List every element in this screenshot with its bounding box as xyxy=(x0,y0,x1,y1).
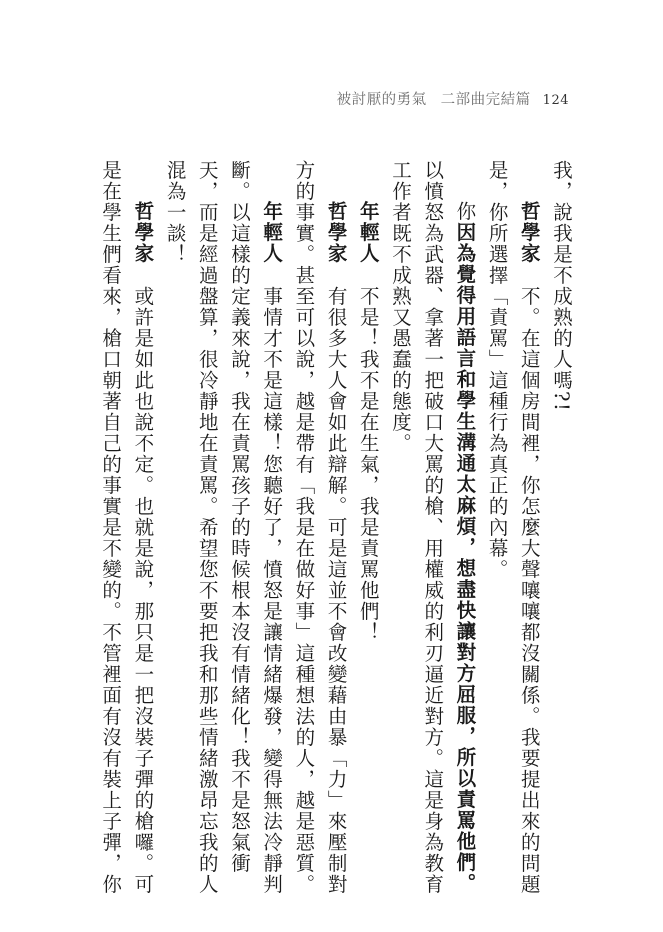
book-title: 被討厭的勇氣 xyxy=(337,92,427,108)
speaker-label: 哲學家 xyxy=(518,201,541,264)
dialogue-text: 不。在這個房間裡，你怎麼大聲嚷嚷都沒關係。我要提出來的問題 xyxy=(518,286,541,895)
paragraph-line: 天，而是經過盤算，很冷靜地在責罵。希望您不要把我和那些情緒激昂忘我的人 xyxy=(191,160,223,824)
dialogue-line: 年輕人事情才不是這樣！您聽好了，憤怒是讓情緒爆發，變得無法冷靜判 xyxy=(255,160,287,824)
running-header: 被討厭的勇氣二部曲完結篇124 xyxy=(337,88,569,109)
paragraph-line: 工作者既不成熟又愚蠢的態度。 xyxy=(384,160,416,824)
dialogue-text: 事情才不是這樣！您聽好了，憤怒是讓情緒爆發，變得無法冷靜判 xyxy=(260,286,283,895)
dialogue-line: 哲學家有很多大人會如此辯解。可是這並不會改變藉由暴「力」來壓制對 xyxy=(319,160,351,824)
paragraph-line: 斷。以這樣的定義來說，我在責罵孩子的時候根本沒有情緒化！我不是怒氣衝 xyxy=(223,160,255,824)
speaker-label: 哲學家 xyxy=(131,201,154,264)
paragraph-line: 我，說我是不成熟的人嗎?! xyxy=(545,160,577,824)
dialogue-line: 年輕人不是！我不是在生氣，我是責罵他們！ xyxy=(352,160,384,824)
series-title: 二部曲完結篇 xyxy=(441,92,531,108)
paragraph-line: 是在學生們看來，槍口朝著自己的事實是不變的。不管裡面有沒有裝上子彈，你 xyxy=(94,160,126,824)
vertical-body-text: 我，說我是不成熟的人嗎?! 哲學家不。在這個房間裡，你怎麼大聲嚷嚷都沒關係。我要… xyxy=(94,160,577,824)
paragraph-line: 以憤怒為武器、拿著一把破口大罵的槍、用權威的利刃逼近對方。這是身為教育 xyxy=(416,160,448,824)
plain-text: 你 xyxy=(453,201,476,222)
dialogue-text: 有很多大人會如此辯解。可是這並不會改變藉由暴「力」來壓制對 xyxy=(325,286,348,895)
speaker-label: 年輕人 xyxy=(357,201,380,264)
emphasis-text: 因為覺得用語言和學生溝通太麻煩，想盡快讓對方屈服，所以責罵他們。 xyxy=(453,222,476,894)
dialogue-text: 或許是如此也說不定。也就是說，那只是一把沒裝子彈的槍囉。可 xyxy=(131,286,154,895)
speaker-label: 哲學家 xyxy=(325,201,348,264)
dialogue-line: 哲學家或許是如此也說不定。也就是說，那只是一把沒裝子彈的槍囉。可 xyxy=(126,160,158,824)
paragraph-line: 混為一談！ xyxy=(158,160,190,824)
paragraph-line: 是，你所選擇「責罵」這種行為真正的內幕。 xyxy=(480,160,512,824)
page-number: 124 xyxy=(543,93,569,108)
paragraph-line: 方的事實。甚至可以說，越是帶有「我是在做好事」這種想法的人，越是惡質。 xyxy=(287,160,319,824)
speaker-label: 年輕人 xyxy=(260,201,283,264)
dialogue-text: 不是！我不是在生氣，我是責罵他們！ xyxy=(357,286,380,643)
dialogue-line: 哲學家不。在這個房間裡，你怎麼大聲嚷嚷都沒關係。我要提出來的問題 xyxy=(513,160,545,824)
paragraph-line: 你因為覺得用語言和學生溝通太麻煩，想盡快讓對方屈服，所以責罵他們。 xyxy=(448,160,480,824)
